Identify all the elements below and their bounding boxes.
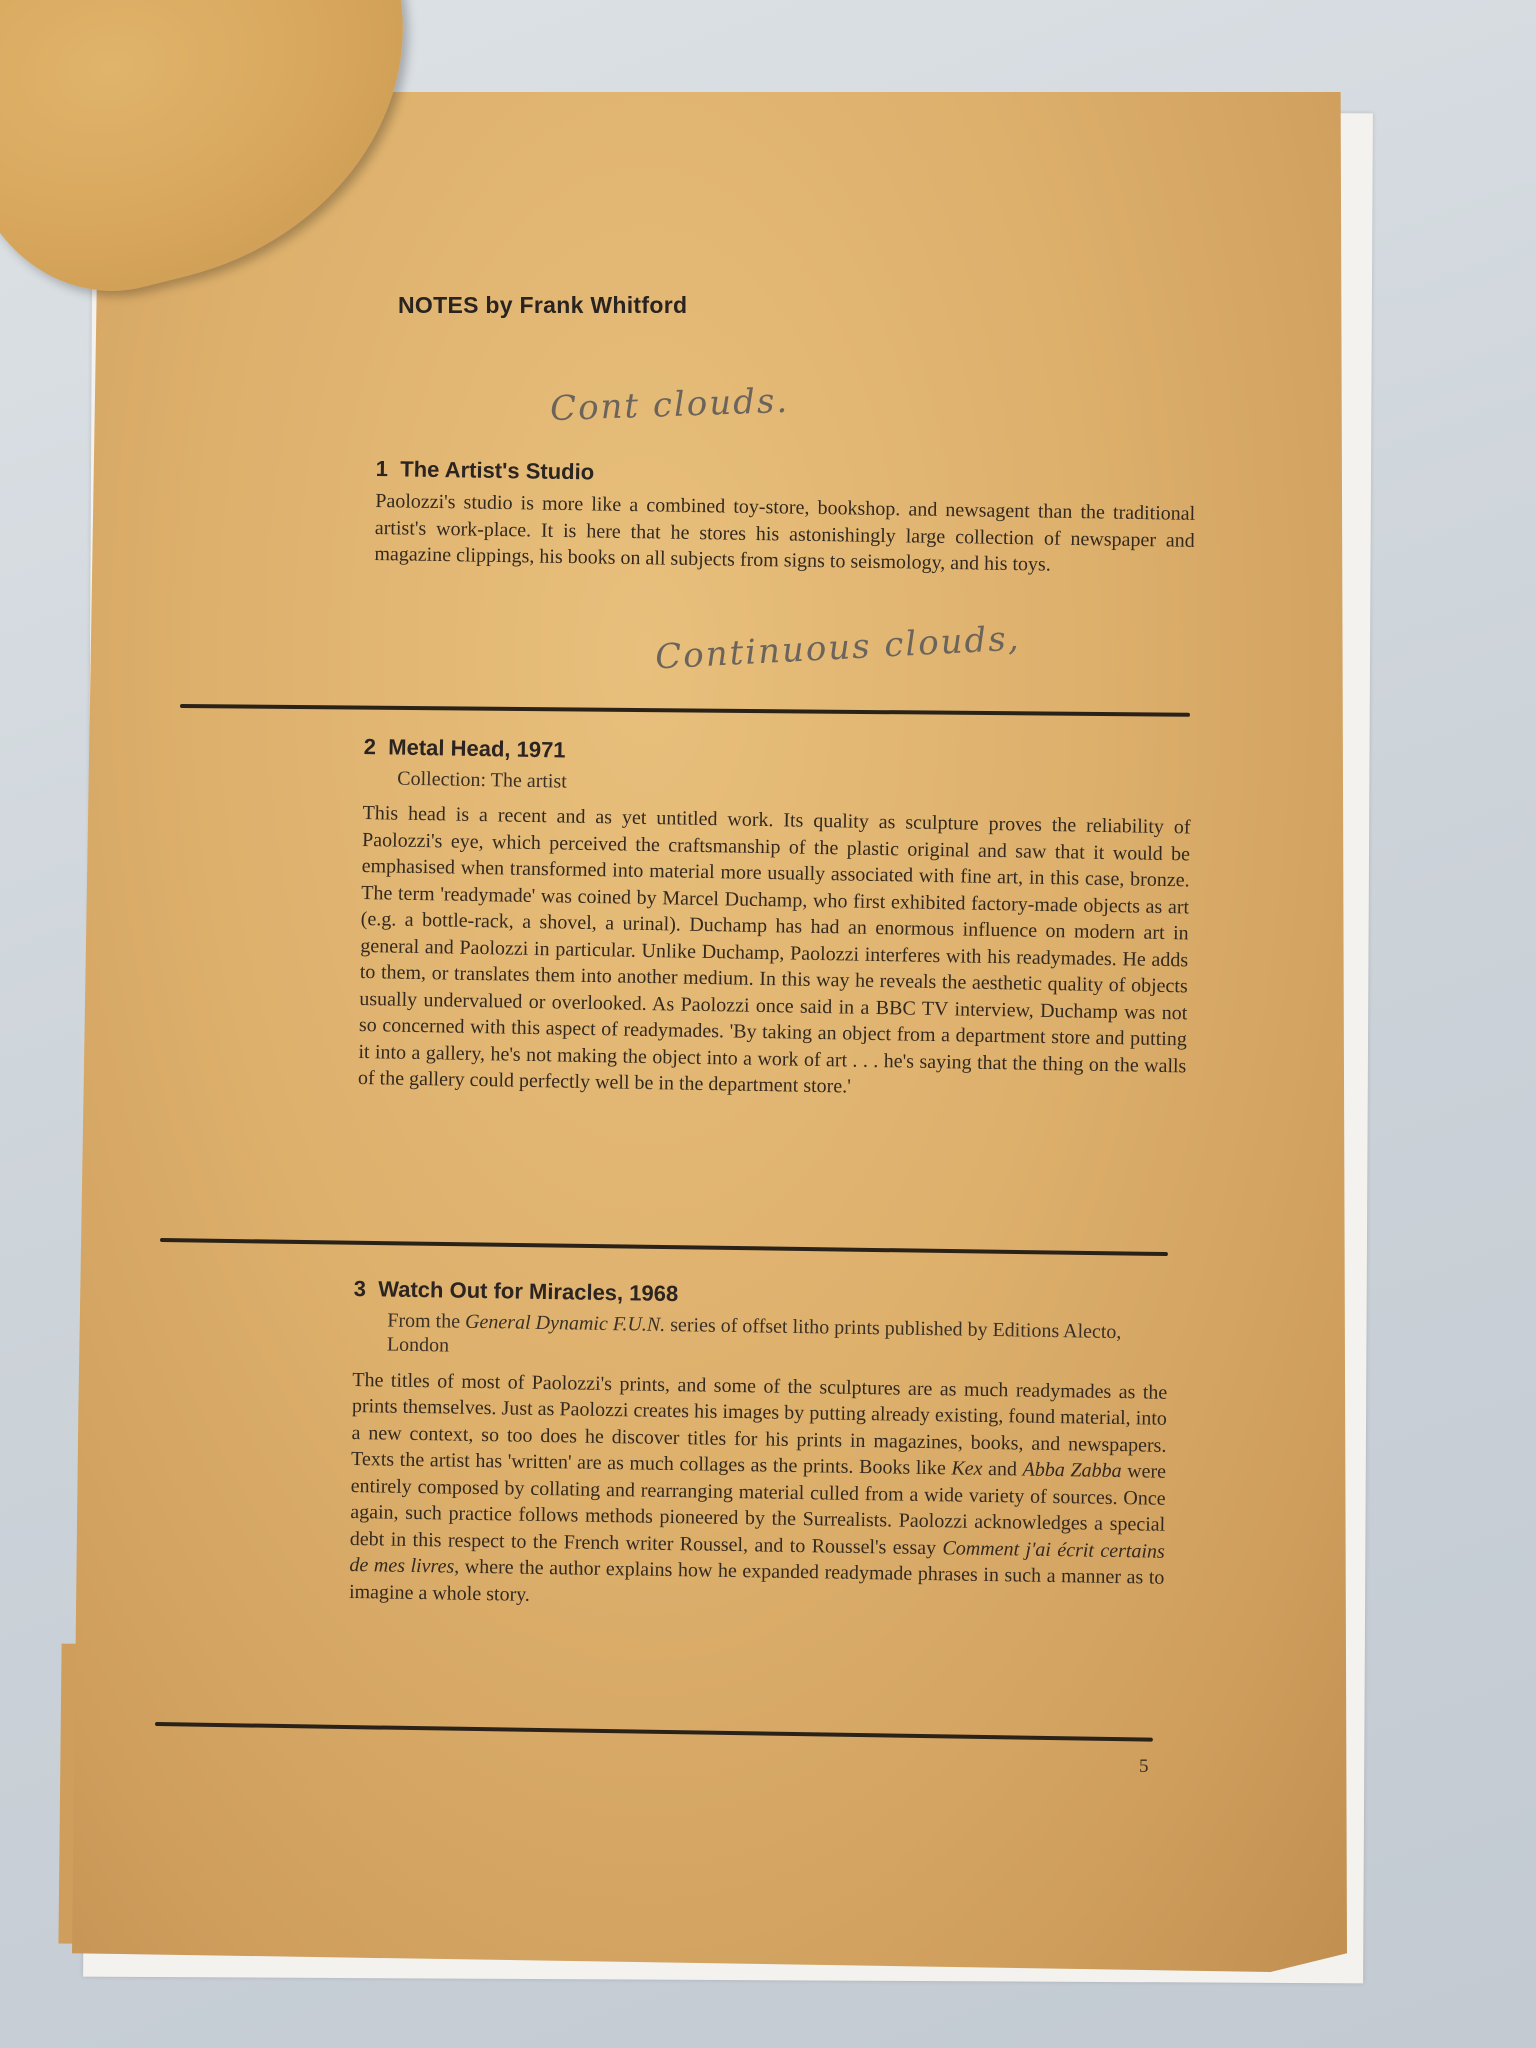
divider-rule [180, 704, 1190, 717]
page-title: NOTES by Frank Whitford [398, 292, 687, 319]
section-metal-head: 2 Metal Head, 1971 Collection: The artis… [358, 734, 1192, 1106]
section-watch-out-for-miracles: 3 Watch Out for Miracles, 1968 From the … [349, 1276, 1169, 1618]
section-subtitle: From the General Dynamic F.U.N. series o… [387, 1309, 1169, 1370]
divider-rule [155, 1722, 1153, 1742]
page-content: NOTES by Frank Whitford Cont clouds. 1 T… [0, 0, 1536, 2048]
section-artists-studio: 1 The Artist's Studio Paolozzi's studio … [374, 456, 1196, 580]
handwritten-note: Continuous clouds, [654, 618, 1021, 677]
section-body: The titles of most of Paolozzi's prints,… [349, 1367, 1168, 1618]
section-body: Paolozzi's studio is more like a combine… [374, 488, 1195, 580]
handwritten-note: Cont clouds. [549, 381, 789, 429]
divider-rule [160, 1238, 1168, 1256]
section-body: This head is a recent and as yet untitle… [358, 800, 1191, 1106]
page-number: 5 [1139, 1756, 1149, 1778]
